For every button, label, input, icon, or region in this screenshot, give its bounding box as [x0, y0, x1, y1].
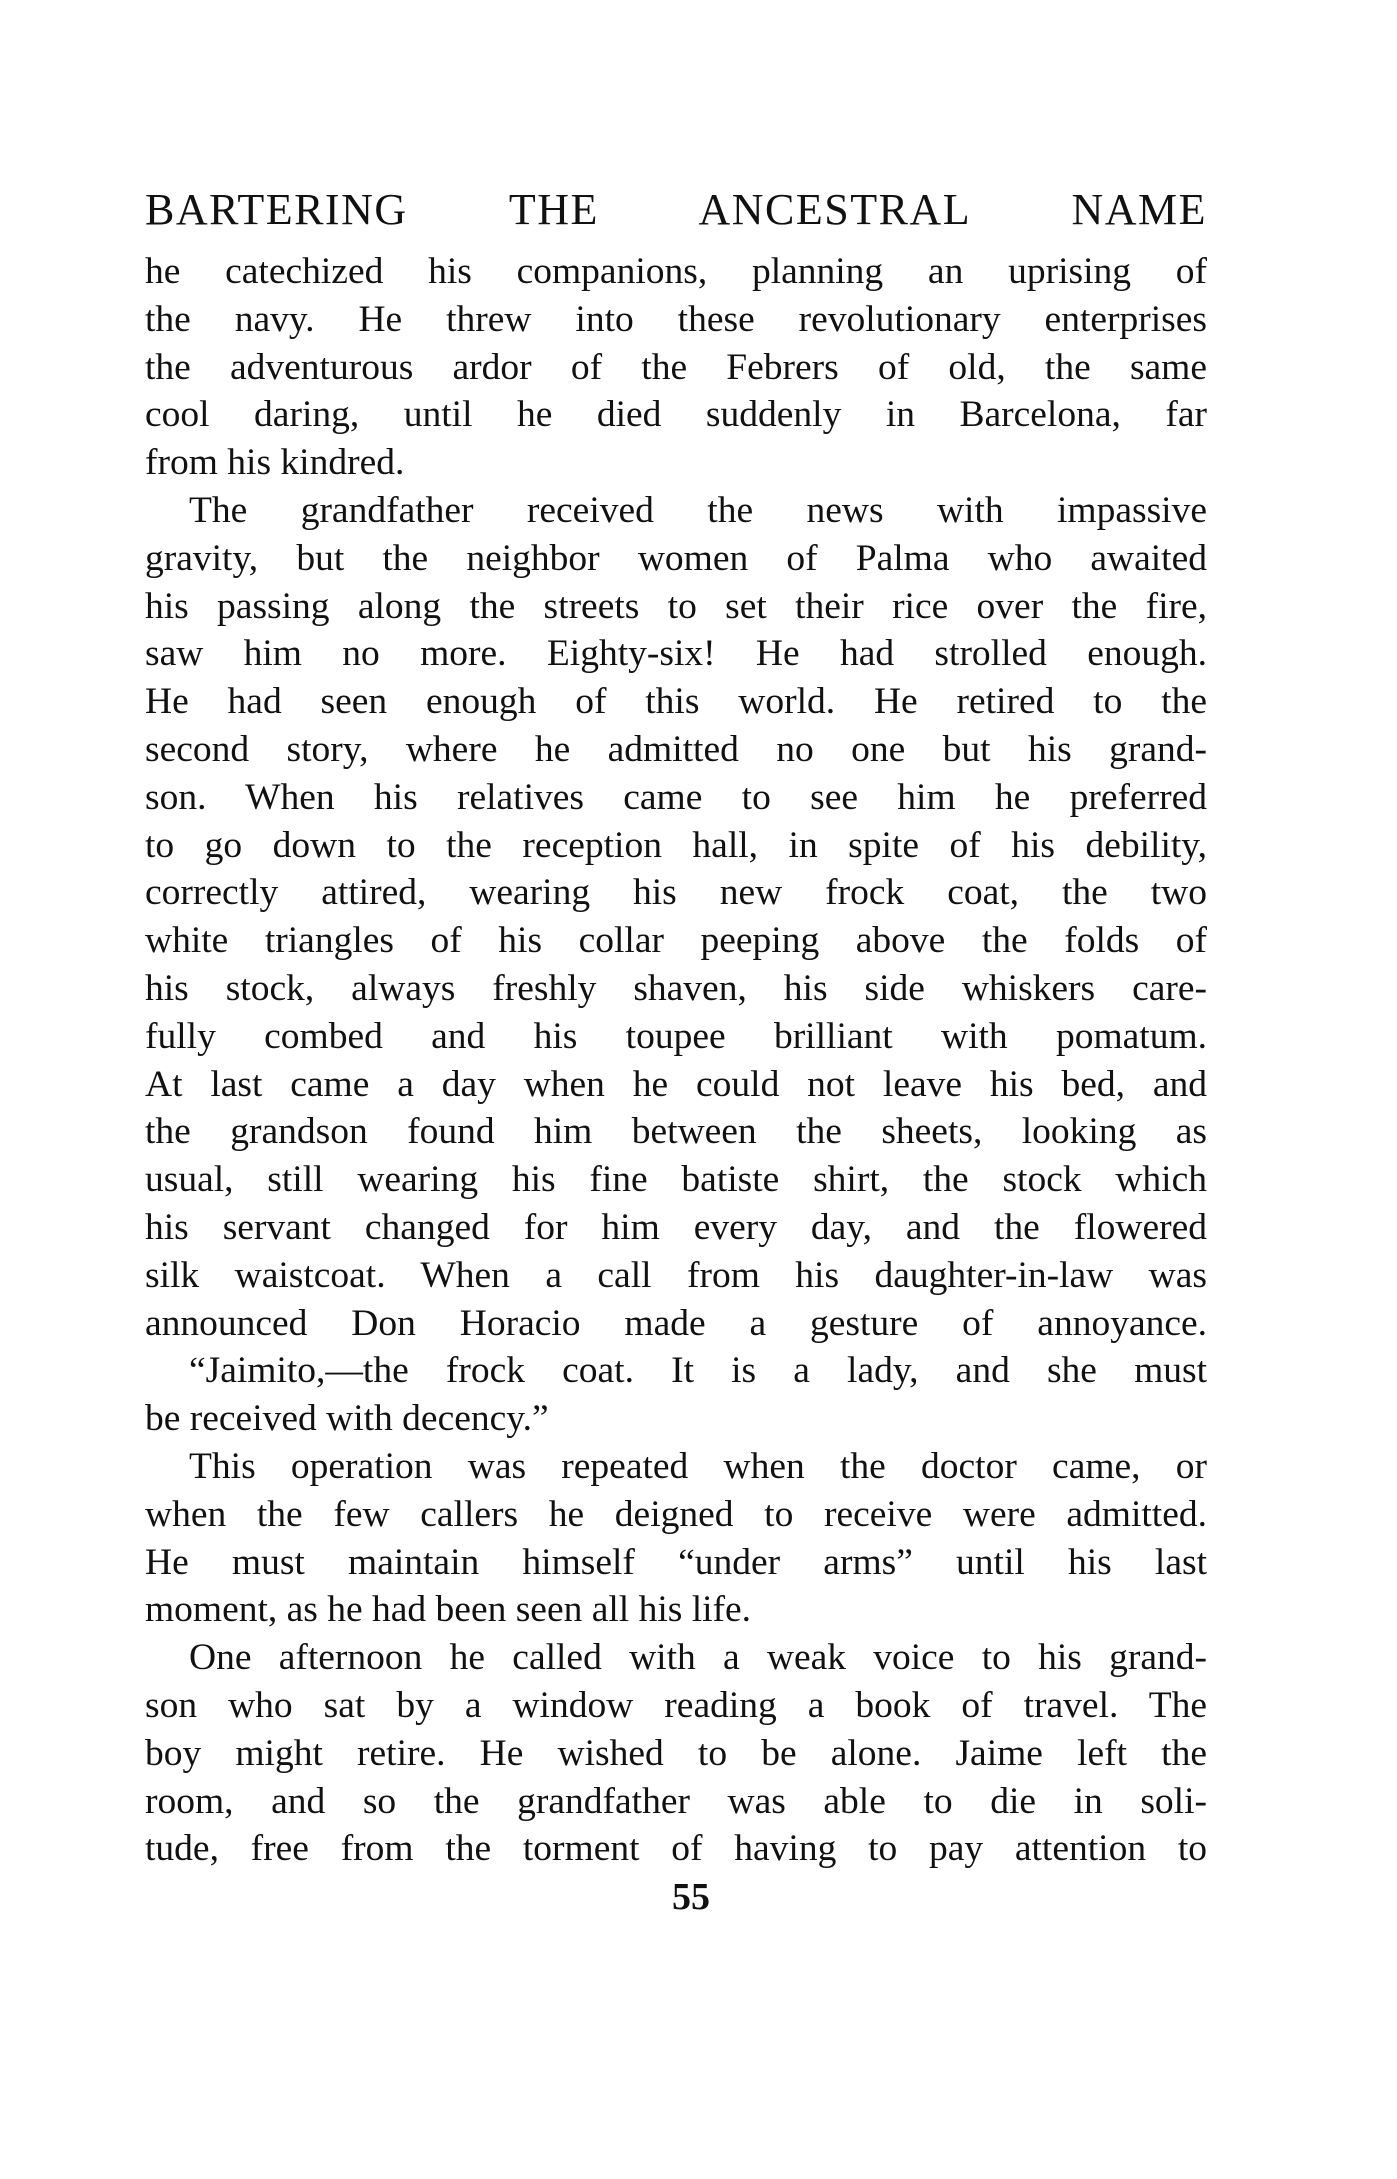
text-line: silk waistcoat. When a call from his dau…	[145, 1252, 1207, 1300]
text-line: fully combed and his toupee brilliant wi…	[145, 1013, 1207, 1061]
text-line: room, and so the grandfather was able to…	[145, 1778, 1207, 1826]
text-line: to go down to the reception hall, in spi…	[145, 822, 1207, 870]
text-line: white triangles of his collar peeping ab…	[145, 917, 1207, 965]
text-line: This operation was repeated when the doc…	[145, 1443, 1207, 1491]
text-line: “Jaimito,—the frock coat. It is a lady, …	[145, 1347, 1207, 1395]
text-line: correctly attired, wearing his new frock…	[145, 869, 1207, 917]
text-line: the adventurous ardor of the Febrers of …	[145, 344, 1207, 392]
text-line: be received with decency.”	[145, 1395, 1207, 1443]
page-number: 55	[145, 1875, 1207, 1919]
text-line: son who sat by a window reading a book o…	[145, 1682, 1207, 1730]
text-line: boy might retire. He wished to be alone.…	[145, 1730, 1207, 1778]
text-line: At last came a day when he could not lea…	[145, 1061, 1207, 1109]
text-line: his stock, always freshly shaven, his si…	[145, 965, 1207, 1013]
running-head: BARTERING THE ANCESTRAL NAME	[145, 180, 1207, 240]
text-line: son. When his relatives came to see him …	[145, 774, 1207, 822]
body-text: he catechized his companions, planning a…	[145, 248, 1207, 1873]
text-line: from his kindred.	[145, 439, 1207, 487]
text-line: The grandfather received the news with i…	[145, 487, 1207, 535]
text-line: his passing along the streets to set the…	[145, 583, 1207, 631]
text-line: when the few callers he deigned to recei…	[145, 1491, 1207, 1539]
text-line: his servant changed for him every day, a…	[145, 1204, 1207, 1252]
text-line: tude, free from the torment of having to…	[145, 1825, 1207, 1873]
text-line: moment, as he had been seen all his life…	[145, 1586, 1207, 1634]
text-line: He must maintain himself “under arms” un…	[145, 1539, 1207, 1587]
text-line: saw him no more. Eighty-six! He had stro…	[145, 630, 1207, 678]
text-line: gravity, but the neighbor women of Palma…	[145, 535, 1207, 583]
text-line: cool daring, until he died suddenly in B…	[145, 391, 1207, 439]
text-line: announced Don Horacio made a gesture of …	[145, 1300, 1207, 1348]
text-line: second story, where he admitted no one b…	[145, 726, 1207, 774]
text-line: the navy. He threw into these revolution…	[145, 296, 1207, 344]
text-line: the grandson found him between the sheet…	[145, 1108, 1207, 1156]
text-line: One afternoon he called with a weak voic…	[145, 1634, 1207, 1682]
text-line: usual, still wearing his fine batiste sh…	[145, 1156, 1207, 1204]
book-page: BARTERING THE ANCESTRAL NAME he catechiz…	[145, 180, 1207, 1919]
text-line: He had seen enough of this world. He ret…	[145, 678, 1207, 726]
text-line: he catechized his companions, planning a…	[145, 248, 1207, 296]
